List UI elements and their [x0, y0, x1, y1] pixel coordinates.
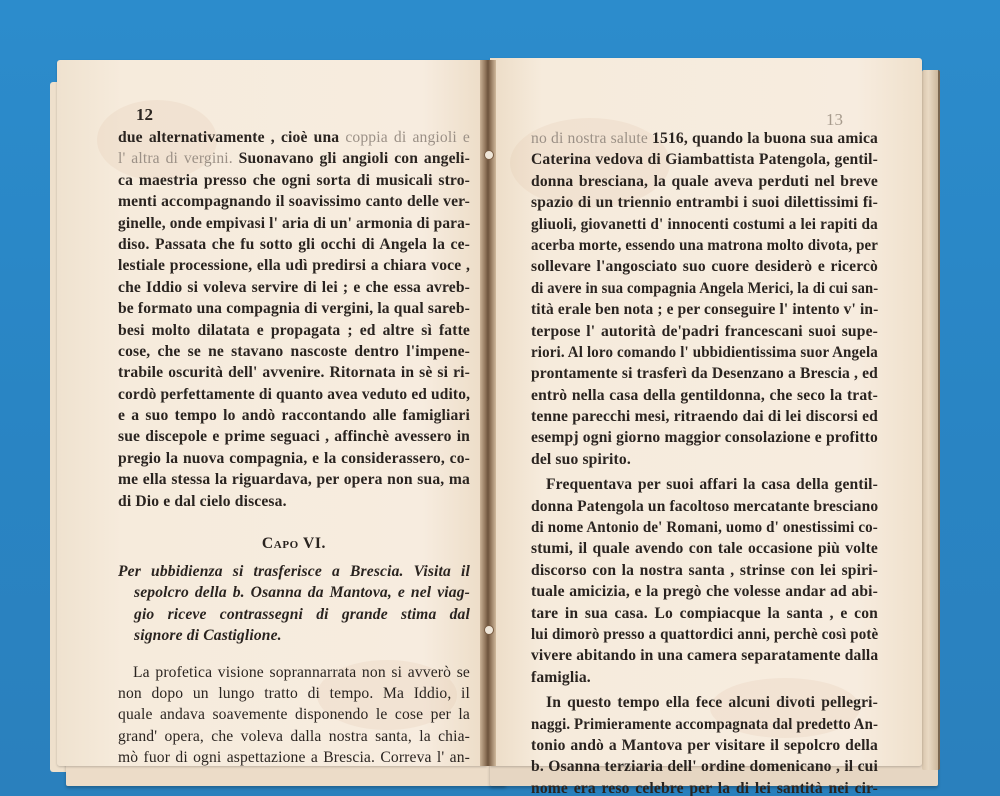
paragraph: no di nostra salute 1516, quando la buon…	[531, 128, 878, 470]
text-line: be formato una compagnia di vergini, la …	[118, 298, 470, 319]
text-line: cordò perfettamente di quanto avea vedut…	[118, 384, 470, 405]
page-number-left: 12	[136, 105, 153, 125]
text-line: due alternativamente , cioè una coppia d…	[118, 127, 470, 148]
summary-line: gio riceve contrassegni di grande stima …	[118, 604, 470, 625]
text-line: grand' opera, che voleva dalla nostra sa…	[118, 726, 470, 747]
text-line: non dopo un lungo tratto di tempo. Ma Id…	[118, 683, 470, 704]
text-line: riori. Al loro comando l' ubbidientissim…	[531, 342, 878, 363]
summary-line: signore di Castiglione.	[118, 625, 470, 646]
text-line: terpose l' autorità de'padri francescani…	[531, 321, 878, 342]
text-line: trabile oscurità dell' avvenire. Ritorna…	[118, 362, 470, 383]
text-line: besi molto dilatata e propagata ; ed alt…	[118, 320, 470, 341]
text-line: gliuoli, giovanetti d' innocenti costumi…	[531, 214, 878, 235]
text-line: prontamente si trasferì da Desenzano a B…	[531, 363, 878, 384]
text-line: di Dio e dal cielo discesa.	[118, 491, 470, 512]
text-line: diso. Passata che fu sotto gli occhi di …	[118, 234, 470, 255]
book-page-edges-right	[922, 70, 940, 770]
paragraph: In questo tempo ella fece alcuni divoti …	[531, 692, 878, 796]
text-line: tità erale ben nota ; e per conseguire l…	[531, 299, 878, 320]
right-page-text: no di nostra salute 1516, quando la buon…	[531, 128, 878, 796]
text-line: quale andava soavemente disponendo le co…	[118, 704, 470, 725]
left-page-text: due alternativamente , cioè una coppia d…	[118, 127, 470, 769]
text-line: La profetica visione soprannarrata non s…	[118, 662, 470, 683]
spacer	[118, 647, 470, 662]
text-line: tonio andò a Mantova per visitare il sep…	[531, 735, 878, 756]
text-line: vivere abitando in una camera separatame…	[531, 645, 878, 666]
text-line: tare in sua casa. Lo compiacque la santa…	[531, 603, 878, 624]
text-line: e a suo tempo lo andò raccontando alle f…	[118, 405, 470, 426]
text-line: nome era reso celebre per la di lei sant…	[531, 778, 878, 796]
text-line: donna Patengola un facoltoso mercatante …	[531, 496, 878, 517]
text-line: l' altra di vergini. Suonavano gli angio…	[118, 148, 470, 169]
text-line: tenne parecchi mesi, ritraendo dai di le…	[531, 406, 878, 427]
text-line: mò fuor di ogni aspettazione a Brescia. …	[118, 747, 470, 768]
text-line: acerba morte, essendo una matrona molto …	[531, 235, 878, 256]
summary-line: Per ubbidienza si trasferisce a Brescia.…	[118, 561, 470, 582]
text-line: menti accompagnando il soavissimo canto …	[118, 191, 470, 212]
text-line: ginelle, onde empivasi l' aria di un' ar…	[118, 213, 470, 234]
text-line: donna bresciana, la quale aveva perduti …	[531, 171, 878, 192]
text-line: me ella stessa la riguardava, per opera …	[118, 469, 470, 490]
text-line: esempj ogni giorno maggior consolazione …	[531, 427, 878, 448]
text-line: di avere in sua compagnia Angela Merici,…	[531, 278, 878, 299]
text-line: spazio di un triennio entrambi i suoi di…	[531, 192, 878, 213]
text-line: naggi. Primieramente accompagnata dal pr…	[531, 714, 878, 735]
text-line: lestiale processione, ella udì predirsi …	[118, 255, 470, 276]
text-line: stumi, il quale avendo con tale occasion…	[531, 538, 878, 559]
text-line: sollevare l'angosciato suo cuore desider…	[531, 256, 878, 277]
binding-thread-hole	[484, 625, 494, 635]
summary-line: sepolcro della b. Osanna da Mantova, e n…	[118, 582, 470, 603]
chapter-summary: Per ubbidienza si trasferisce a Brescia.…	[118, 561, 470, 647]
text-line: no di nostra salute 1516, quando la buon…	[531, 128, 878, 149]
paragraph: due alternativamente , cioè una coppia d…	[118, 127, 470, 512]
text-line: ca maestria presso che ogni sorta di mus…	[118, 170, 470, 191]
book-spine	[480, 60, 496, 766]
text-line: del suo spirito.	[531, 449, 878, 470]
text-line: sue discepole e prime seguaci , affinchè…	[118, 426, 470, 447]
text-line: Frequentava per suoi affari la casa dell…	[531, 474, 878, 495]
text-line: famiglia.	[531, 667, 878, 688]
text-line: pregio la nuova compagnia, e la consider…	[118, 448, 470, 469]
paragraph: Frequentava per suoi affari la casa dell…	[531, 474, 878, 688]
text-line: b. Osanna terziaria dell' ordine domenic…	[531, 756, 878, 777]
text-line: entrò nella casa della gentildonna, che …	[531, 385, 878, 406]
binding-thread-hole	[484, 150, 494, 160]
text-line: di nome Antonio de' Romani, uomo d' ones…	[531, 517, 878, 538]
text-line: lui dimorò presso a quattordici anni, pe…	[531, 624, 878, 645]
text-line: Caterina vedova di Giambattista Patengol…	[531, 149, 878, 170]
page-number-right: 13	[826, 110, 843, 130]
text-line: cose, che se ne stavano nascoste dentro …	[118, 341, 470, 362]
text-line: tuale amicizia, e la pregò che volesse a…	[531, 581, 878, 602]
paragraph: La profetica visione soprannarrata non s…	[118, 662, 470, 769]
text-line: discorso con la nostra santa , strinse c…	[531, 560, 878, 581]
text-line: che Iddio si voleva servire di lei ; e c…	[118, 277, 470, 298]
text-line: In questo tempo ella fece alcuni divoti …	[531, 692, 878, 713]
chapter-title: Capo VI.	[118, 533, 470, 555]
